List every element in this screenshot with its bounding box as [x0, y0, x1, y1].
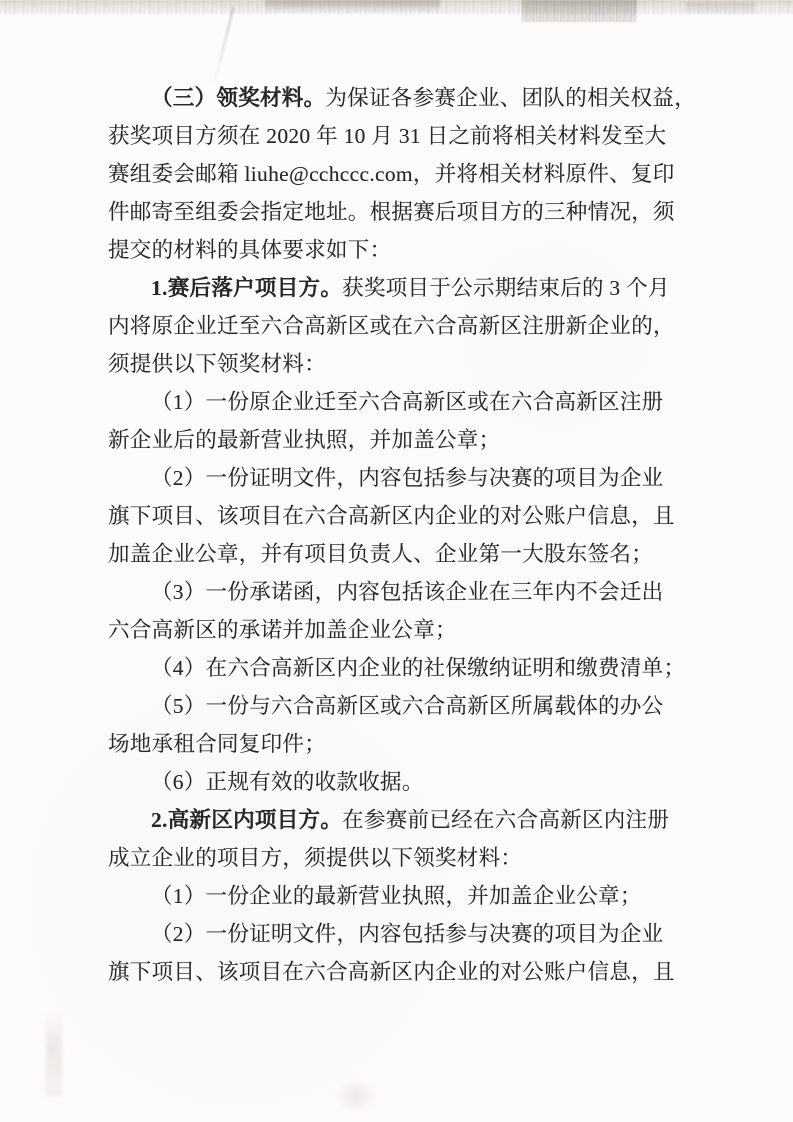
document-line: 成立企业的项目方，须提供以下领奖材料： [108, 839, 674, 877]
document-line: 须提供以下领奖材料： [108, 345, 674, 383]
line-text: （2）一份证明文件，内容包括参与决赛的项目为企业 [151, 466, 663, 490]
document-line: 旗下项目、该项目在六合高新区内企业的对公账户信息，且 [108, 953, 674, 991]
document-line: 加盖企业公章，并有项目负责人、企业第一大股东签名； [108, 535, 674, 573]
document-line: 件邮寄至组委会指定地址。根据赛后项目方的三种情况，须 [108, 193, 674, 231]
line-text: 在参赛前已经在六合高新区内注册 [342, 808, 669, 832]
document-line-item-3: （3）一份承诺函，内容包括该企业在三年内不会迁出 [108, 573, 674, 611]
document-line: 赛组委会邮箱 liuhe@cchccc.com，并将相关材料原件、复印 [108, 155, 674, 193]
line-text: 场地承租合同复印件； [108, 732, 326, 756]
line-text: （5）一份与六合高新区或六合高新区所属载体的办公 [151, 694, 663, 718]
scanned-document-page: （三）领奖材料。为保证各参赛企业、团队的相关权益， 获奖项目方须在 2020 年… [0, 0, 793, 1122]
document-line: 1.赛后落户项目方。获奖项目于公示期结束后的 3 个月 [108, 269, 674, 307]
document-line-item-1: （1）一份企业的最新营业执照，并加盖企业公章； [108, 877, 674, 915]
document-line-item-6: （6）正规有效的收款收据。 [108, 763, 674, 801]
line-text: 成立企业的项目方，须提供以下领奖材料： [108, 846, 522, 870]
line-text-with-email: 赛组委会邮箱 liuhe@cchccc.com，并将相关材料原件、复印 [108, 162, 675, 186]
line-text: 旗下项目、该项目在六合高新区内企业的对公账户信息，且 [108, 960, 675, 984]
document-body: （三）领奖材料。为保证各参赛企业、团队的相关权益， 获奖项目方须在 2020 年… [108, 79, 674, 991]
document-line-item-2: （2）一份证明文件，内容包括参与决赛的项目为企业 [108, 915, 674, 953]
line-text: 旗下项目、该项目在六合高新区内企业的对公账户信息，且 [108, 504, 675, 528]
line-text: 新企业后的最新营业执照，并加盖公章； [108, 428, 500, 452]
line-text: 获奖项目于公示期结束后的 3 个月 [342, 276, 670, 300]
line-text: 提交的材料的具体要求如下： [108, 238, 391, 262]
line-text: 为保证各参赛企业、团队的相关权益， [325, 86, 696, 110]
section-heading-award-materials: （三）领奖材料。 [151, 86, 325, 110]
line-text: （6）正规有效的收款收据。 [151, 770, 424, 794]
line-text: （4）在六合高新区内企业的社保缴纳证明和缴费清单； [151, 656, 685, 680]
subsection-heading-relocated-project: 1.赛后落户项目方。 [151, 276, 342, 300]
document-line-item-2: （2）一份证明文件，内容包括参与决赛的项目为企业 [108, 459, 674, 497]
line-text: 获奖项目方须在 2020 年 10 月 31 日之前将相关材料发至大 [108, 124, 666, 148]
document-line-item-4: （4）在六合高新区内企业的社保缴纳证明和缴费清单； [108, 649, 674, 687]
line-text: （1）一份原企业迁至六合高新区或在六合高新区注册 [151, 390, 663, 414]
document-line: 内将原企业迁至六合高新区或在六合高新区注册新企业的， [108, 307, 674, 345]
line-text: 须提供以下领奖材料： [108, 352, 326, 376]
line-text: （1）一份企业的最新营业执照，并加盖企业公章； [151, 884, 642, 908]
document-line: （三）领奖材料。为保证各参赛企业、团队的相关权益， [108, 79, 674, 117]
document-line: 新企业后的最新营业执照，并加盖公章； [108, 421, 674, 459]
document-line: 六合高新区的承诺并加盖企业公章； [108, 611, 674, 649]
scan-artifact-smudge [334, 1078, 376, 1114]
scan-artifact-smudge [46, 1012, 62, 1096]
document-line: 场地承租合同复印件； [108, 725, 674, 763]
line-text: （3）一份承诺函，内容包括该企业在三年内不会迁出 [151, 580, 663, 604]
document-line-item-1: （1）一份原企业迁至六合高新区或在六合高新区注册 [108, 383, 674, 421]
scan-artifact-scratch [212, 7, 235, 87]
line-text: 件邮寄至组委会指定地址。根据赛后项目方的三种情况，须 [108, 200, 675, 224]
line-text: 加盖企业公章，并有项目负责人、企业第一大股东签名； [108, 542, 653, 566]
document-line: 旗下项目、该项目在六合高新区内企业的对公账户信息，且 [108, 497, 674, 535]
line-text: 六合高新区的承诺并加盖企业公章； [108, 618, 457, 642]
document-line: 获奖项目方须在 2020 年 10 月 31 日之前将相关材料发至大 [108, 117, 674, 155]
scan-artifact-smudge [265, 0, 440, 13]
subsection-heading-in-zone-project: 2.高新区内项目方。 [151, 808, 342, 832]
scan-artifact-streaks [522, 0, 637, 22]
line-text: （2）一份证明文件，内容包括参与决赛的项目为企业 [151, 922, 663, 946]
document-line: 2.高新区内项目方。在参赛前已经在六合高新区内注册 [108, 801, 674, 839]
document-line-item-5: （5）一份与六合高新区或六合高新区所属载体的办公 [108, 687, 674, 725]
scan-artifact-smudge [685, 2, 755, 16]
line-text: 内将原企业迁至六合高新区或在六合高新区注册新企业的， [108, 314, 675, 338]
document-line: 提交的材料的具体要求如下： [108, 231, 674, 269]
